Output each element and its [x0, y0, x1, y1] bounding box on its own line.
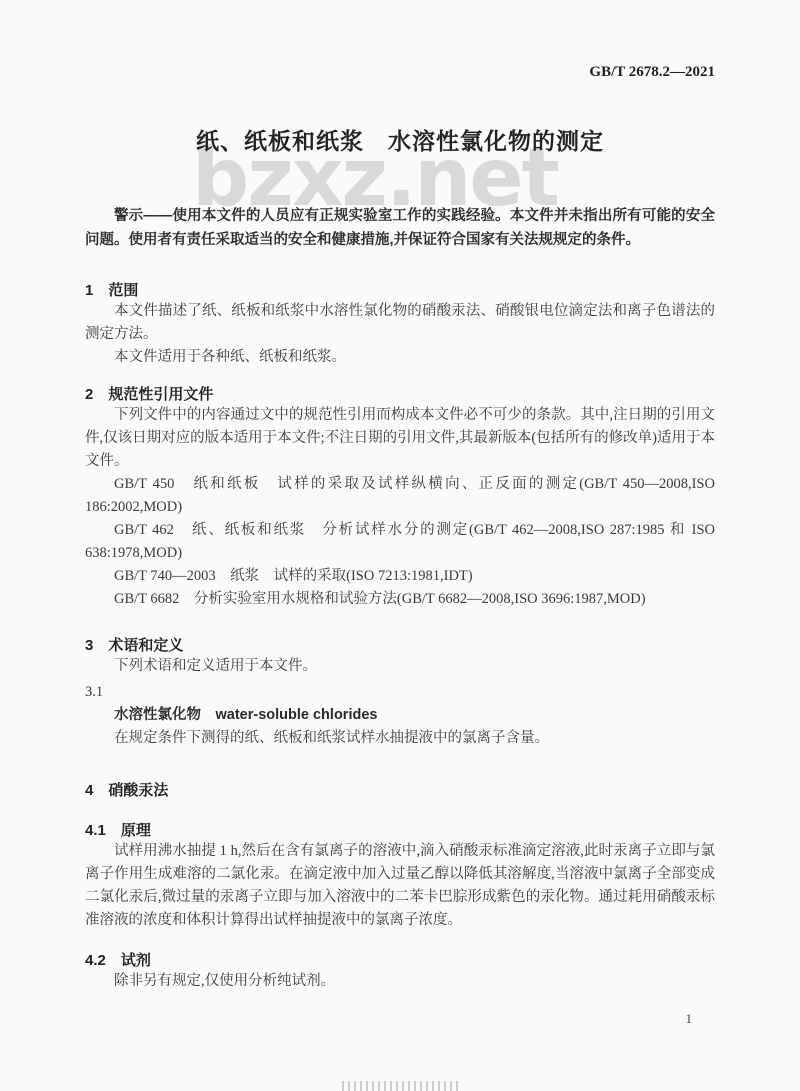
term-entry: 水溶性氯化物 water-soluble chlorides	[85, 704, 715, 727]
normative-reference-item: GB/T 450 纸和纸板 试样的采取及试样纵横向、正反面的测定(GB/T 45…	[85, 473, 715, 519]
section-1-heading: 1 范围	[85, 282, 715, 300]
document-page: bzxz.net GB/T 2678.2—2021 纸、纸板和纸浆 水溶性氯化物…	[0, 0, 800, 1091]
section-4-1-heading: 4.1 原理	[85, 822, 715, 840]
page-number: 1	[686, 1011, 693, 1027]
normative-reference-item: GB/T 740—2003 纸浆 试样的采取(ISO 7213:1981,IDT…	[85, 565, 715, 588]
section-3-heading: 3 术语和定义	[85, 637, 715, 655]
clause-3-1-number: 3.1	[85, 681, 715, 704]
standard-code: GB/T 2678.2—2021	[85, 64, 715, 81]
section-1-paragraph-2: 本文件适用于各种纸、纸板和纸浆。	[85, 346, 715, 369]
section-2-heading: 2 规范性引用文件	[85, 386, 715, 404]
section-2-intro: 下列文件中的内容通过文中的规范性引用而构成本文件必不可少的条款。其中,注日期的引…	[85, 404, 715, 473]
safety-warning-paragraph: 警示——使用本文件的人员应有正规实验室工作的实践经验。本文件并未指出所有可能的安…	[85, 204, 715, 252]
cutoff-text-marks	[342, 1081, 460, 1091]
page-content: GB/T 2678.2—2021 纸、纸板和纸浆 水溶性氯化物的测定 警示——使…	[0, 64, 800, 993]
normative-reference-item: GB/T 462 纸、纸板和纸浆 分析试样水分的测定(GB/T 462—2008…	[85, 519, 715, 565]
section-1-paragraph-1: 本文件描述了纸、纸板和纸浆中水溶性氯化物的硝酸汞法、硝酸银电位滴定法和离子色谱法…	[85, 300, 715, 346]
section-4-1-paragraph: 试样用沸水抽提 1 h,然后在含有氯离子的溶液中,滴入硝酸汞标准滴定溶液,此时汞…	[85, 840, 715, 932]
section-4-2-heading: 4.2 试剂	[85, 952, 715, 970]
document-title: 纸、纸板和纸浆 水溶性氯化物的测定	[85, 123, 715, 156]
section-4-2-paragraph: 除非另有规定,仅使用分析纯试剂。	[85, 970, 715, 993]
normative-reference-item: GB/T 6682 分析实验室用水规格和试验方法(GB/T 6682—2008,…	[85, 588, 715, 611]
term-definition: 在规定条件下测得的纸、纸板和纸浆试样水抽提液中的氯离子含量。	[85, 727, 715, 750]
section-3-intro: 下列术语和定义适用于本文件。	[85, 655, 715, 678]
section-4-heading: 4 硝酸汞法	[85, 782, 715, 800]
